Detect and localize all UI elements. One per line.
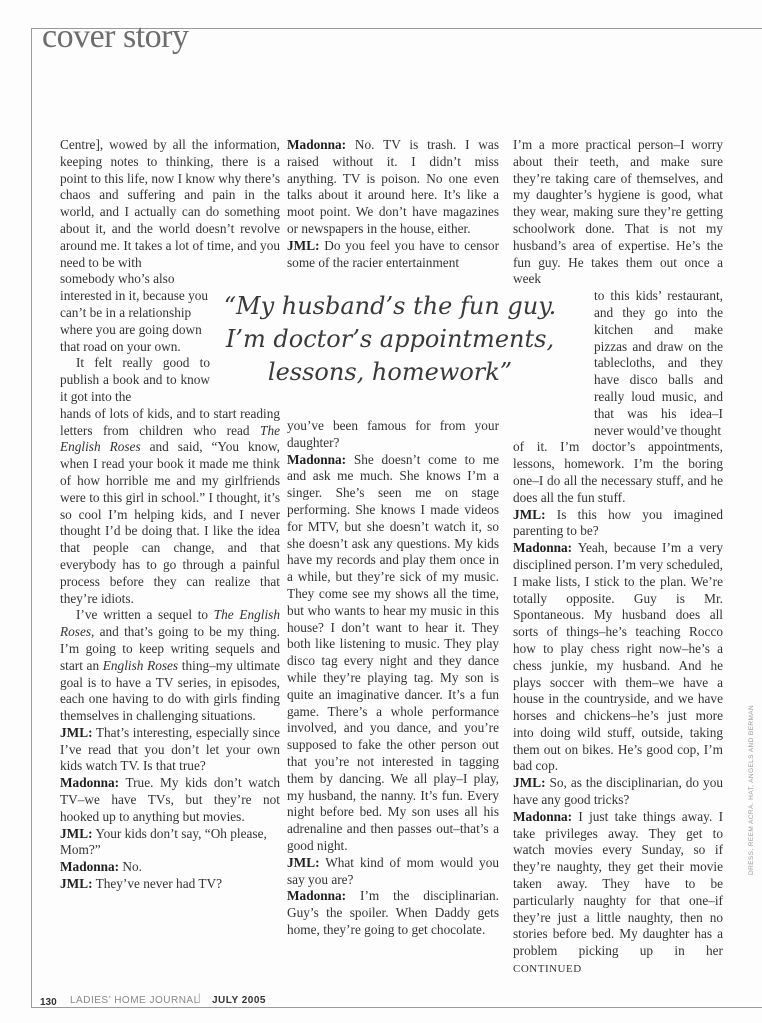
- publication-name: LADIES’ HOME JOURNAL: [70, 995, 200, 1006]
- interview-answer: Madonna: She doesn’t come to me and ask …: [287, 452, 499, 855]
- speaker-label: Madonna:: [60, 775, 119, 790]
- interview-question: JML: Is this how you imagined parenting …: [513, 507, 723, 541]
- paragraph: of it. I’m doctor’s appointments, lesson…: [513, 439, 723, 506]
- column-3: I’m a more practical person–I worry abou…: [513, 137, 723, 978]
- photo-credit: DRESS, REEM ACRA. HAT, ANGELS AND BERMAN: [748, 705, 755, 875]
- speaker-label: JML:: [513, 507, 546, 522]
- speaker-label: Madonna:: [287, 137, 346, 152]
- speaker-label: JML:: [60, 826, 93, 841]
- paragraph-narrow: to this kids’ restaurant, and they go in…: [594, 288, 723, 439]
- interview-answer: Madonna: Yeah, because I’m a very discip…: [513, 540, 723, 775]
- paragraph: I’m a more practical person–I worry abou…: [513, 137, 723, 288]
- paragraph: you’ve been famous for from your daughte…: [287, 418, 499, 452]
- interview-answer: Madonna: I just take things away. I take…: [513, 809, 723, 978]
- paragraph-narrow: It felt really good to publish a book an…: [60, 355, 210, 405]
- speaker-label: JML:: [287, 855, 320, 870]
- interview-answer: Madonna: No. TV is trash. I was raised w…: [287, 137, 499, 238]
- interview-question: JML: They’ve never had TV?: [60, 876, 280, 893]
- speaker-label: JML:: [287, 238, 320, 253]
- page-frame-bottom-rule: [31, 1007, 762, 1008]
- page-number: 130: [40, 997, 57, 1008]
- interview-question: JML: So, as the disciplinarian, do you h…: [513, 775, 723, 809]
- issue-date: JULY 2005: [212, 995, 266, 1006]
- speaker-label: Madonna:: [513, 809, 572, 824]
- speaker-label: JML:: [60, 876, 93, 891]
- speaker-label: Madonna:: [60, 859, 119, 874]
- section-title: cover story: [42, 18, 189, 56]
- paragraph: Centre], wowed by all the information, k…: [60, 137, 280, 271]
- speaker-label: Madonna:: [513, 540, 572, 555]
- page-frame-left-rule: [31, 28, 32, 1008]
- interview-answer: Madonna: No.: [60, 859, 280, 876]
- column-2-bottom: you’ve been famous for from your daughte…: [287, 418, 499, 939]
- speaker-label: Madonna:: [287, 452, 346, 467]
- column-1: Centre], wowed by all the information, k…: [60, 137, 280, 893]
- paragraph: hands of lots of kids, and to start read…: [60, 406, 280, 608]
- interview-answer: Madonna: True. My kids don’t watch TV–we…: [60, 775, 280, 825]
- book-title: English Roses: [103, 658, 178, 673]
- footer-separator: |: [198, 993, 201, 1004]
- interview-answer: Madonna: I’m the disciplinarian. Guy’s t…: [287, 888, 499, 938]
- speaker-label: Madonna:: [287, 888, 346, 903]
- speaker-label: JML:: [513, 775, 546, 790]
- interview-question: JML: That’s interesting, especially sinc…: [60, 725, 280, 775]
- paragraph: I’ve written a sequel to The English Ros…: [60, 607, 280, 725]
- column-2-top: Madonna: No. TV is trash. I was raised w…: [287, 137, 499, 271]
- speaker-label: JML:: [60, 725, 93, 740]
- interview-question: JML: Your kids don’t say, “Oh please, Mo…: [60, 826, 280, 860]
- interview-question: JML: What kind of mom would you say you …: [287, 855, 499, 889]
- paragraph-narrow: somebody who’s also interested in it, be…: [60, 271, 210, 355]
- interview-question: JML: Do you feel you have to censor some…: [287, 238, 499, 272]
- continued-marker: CONTINUED: [513, 963, 582, 975]
